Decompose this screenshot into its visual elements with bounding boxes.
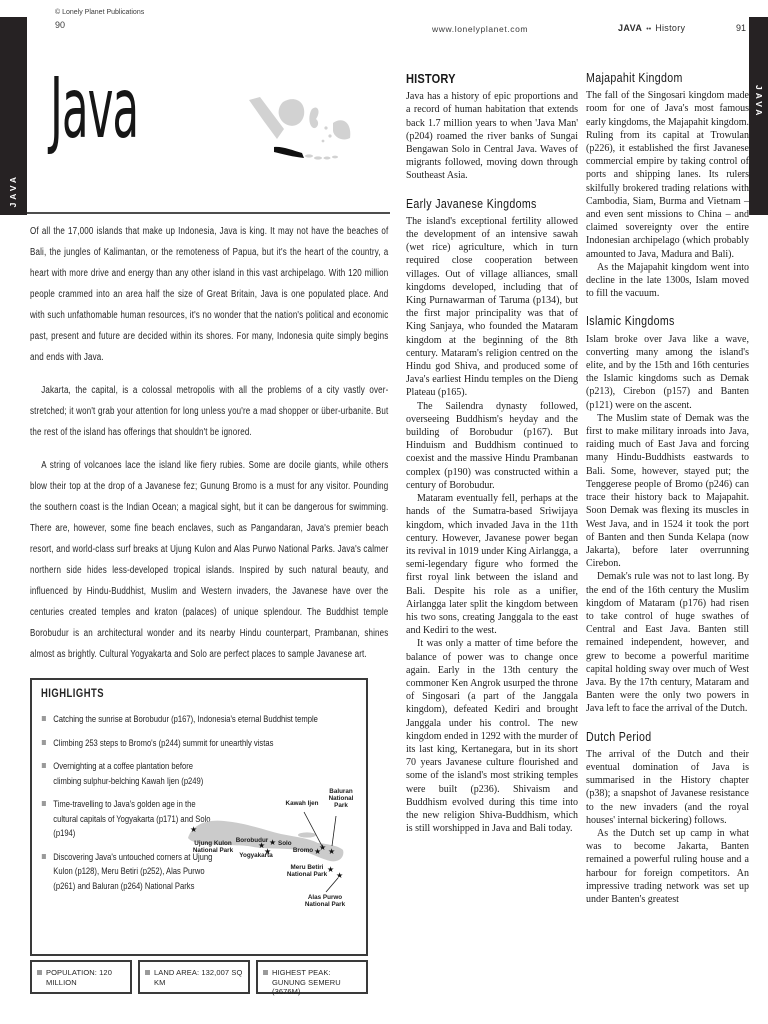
map-label-meru-betiri: Meru Betiri National Park: [286, 864, 328, 878]
subsection-heading-dutch-period: Dutch Period: [586, 731, 725, 744]
body-paragraph: Demak's rule was not to last long. By th…: [586, 570, 749, 715]
highlight-item: Overnighting at a coffee plantation befo…: [41, 759, 217, 788]
body-paragraph: The fall of the Singosari kingdom made r…: [586, 89, 749, 261]
java-highlights-map: Ujung Kulon National Park Borobudur Solo…: [186, 788, 362, 950]
map-star-marker: ★: [327, 866, 334, 874]
body-paragraph: As the Majapahit kingdom went into decli…: [586, 261, 749, 301]
chapter-intro: Of all the 17,000 islands that make up I…: [30, 221, 388, 665]
highlights-title: HIGHLIGHTS: [41, 688, 362, 700]
body-paragraph: It was only a matter of time before the …: [406, 637, 578, 835]
history-column-2: Majapahit Kingdom The fall of the Singos…: [586, 72, 749, 906]
body-paragraph: The Sailendra dynasty followed, overseei…: [406, 400, 578, 492]
history-heading: HISTORY: [406, 72, 552, 85]
site-url: www.lonelyplanet.com: [432, 24, 528, 34]
left-edge-chapter-tab: JAVA: [0, 17, 27, 215]
map-label-baluran: Baluran National Park: [324, 788, 358, 810]
subsection-heading-majapahit-kingdom: Majapahit Kingdom: [586, 72, 725, 85]
map-label-alas-purwo: Alas Purwo National Park: [304, 894, 346, 908]
map-star-marker: ★: [319, 844, 326, 852]
intro-paragraph: A string of volcanoes lace the island li…: [30, 455, 388, 665]
intro-paragraph: Of all the 17,000 islands that make up I…: [30, 221, 388, 368]
running-head-section: JAVA: [618, 23, 642, 33]
map-star-marker: ★: [190, 826, 197, 834]
running-head-right: JAVA •• History 91: [618, 23, 746, 33]
map-label-ujung-kulon: Ujung Kulon National Park: [188, 840, 238, 854]
body-paragraph: The arrival of the Dutch and their event…: [586, 748, 749, 827]
highlight-item: Climbing 253 steps to Bromo's (p244) sum…: [41, 736, 362, 751]
map-star-marker: ★: [269, 839, 276, 847]
body-paragraph: Mataram eventually fell, perhaps at the …: [406, 492, 578, 637]
map-star-marker: ★: [328, 848, 335, 856]
running-head-subsection: History: [655, 23, 685, 33]
body-paragraph: Islam broke over Java like a wave, conve…: [586, 333, 749, 412]
sulawesi-shape: [309, 107, 318, 128]
copyright-text: © Lonely Planet Publications: [55, 9, 144, 16]
indonesia-locator-map: [246, 96, 352, 178]
left-tab-label: JAVA: [8, 174, 18, 207]
map-label-bromo: Bromo: [290, 847, 316, 854]
body-paragraph: Java has a history of epic proportions a…: [406, 90, 578, 182]
title-divider-rule: [27, 212, 390, 214]
stat-highest-peak: HIGHEST PEAK: GUNUNG SEMERU (3676M): [256, 960, 368, 994]
highlights-box: HIGHLIGHTS Catching the sunrise at Borob…: [30, 678, 368, 956]
body-paragraph: The Muslim state of Demak was the first …: [586, 412, 749, 570]
subsection-heading-islamic-kingdoms: Islamic Kingdoms: [586, 315, 725, 328]
java-island-shape: [186, 788, 362, 950]
right-edge-chapter-tab: JAVA: [749, 17, 768, 215]
body-paragraph: As the Dutch set up camp in what was to …: [586, 827, 749, 906]
history-column-1: HISTORY Java has a history of epic propo…: [406, 72, 578, 835]
map-star-marker: ★: [336, 872, 343, 880]
stat-population: POPULATION: 120 MILLION: [30, 960, 132, 994]
page-number-left: 90: [55, 20, 65, 30]
page-number-right: 91: [736, 23, 746, 33]
chapter-title: Java: [50, 66, 138, 150]
borneo-shape: [279, 99, 305, 126]
sumatra-shape: [249, 97, 284, 139]
right-tab-label: JAVA: [754, 85, 764, 118]
intro-paragraph: Jakarta, the capital, is a colossal metr…: [30, 380, 388, 443]
map-star-marker: ★: [264, 848, 271, 856]
subsection-heading-early-javanese-kingdoms: Early Javanese Kingdoms: [406, 198, 552, 211]
highlight-item: Catching the sunrise at Borobudur (p167)…: [41, 712, 362, 727]
book-page-spread: JAVA JAVA © Lonely Planet Publications 9…: [0, 0, 768, 1024]
map-label-kawah-ijen: Kawah Ijen: [284, 800, 320, 807]
body-paragraph: The island's exceptional fertility allow…: [406, 215, 578, 400]
stat-land-area: LAND AREA: 132,007 SQ KM: [138, 960, 250, 994]
papua-shape: [333, 120, 350, 139]
java-highlight-shape: [274, 147, 304, 158]
running-head-separator: ••: [646, 26, 651, 33]
